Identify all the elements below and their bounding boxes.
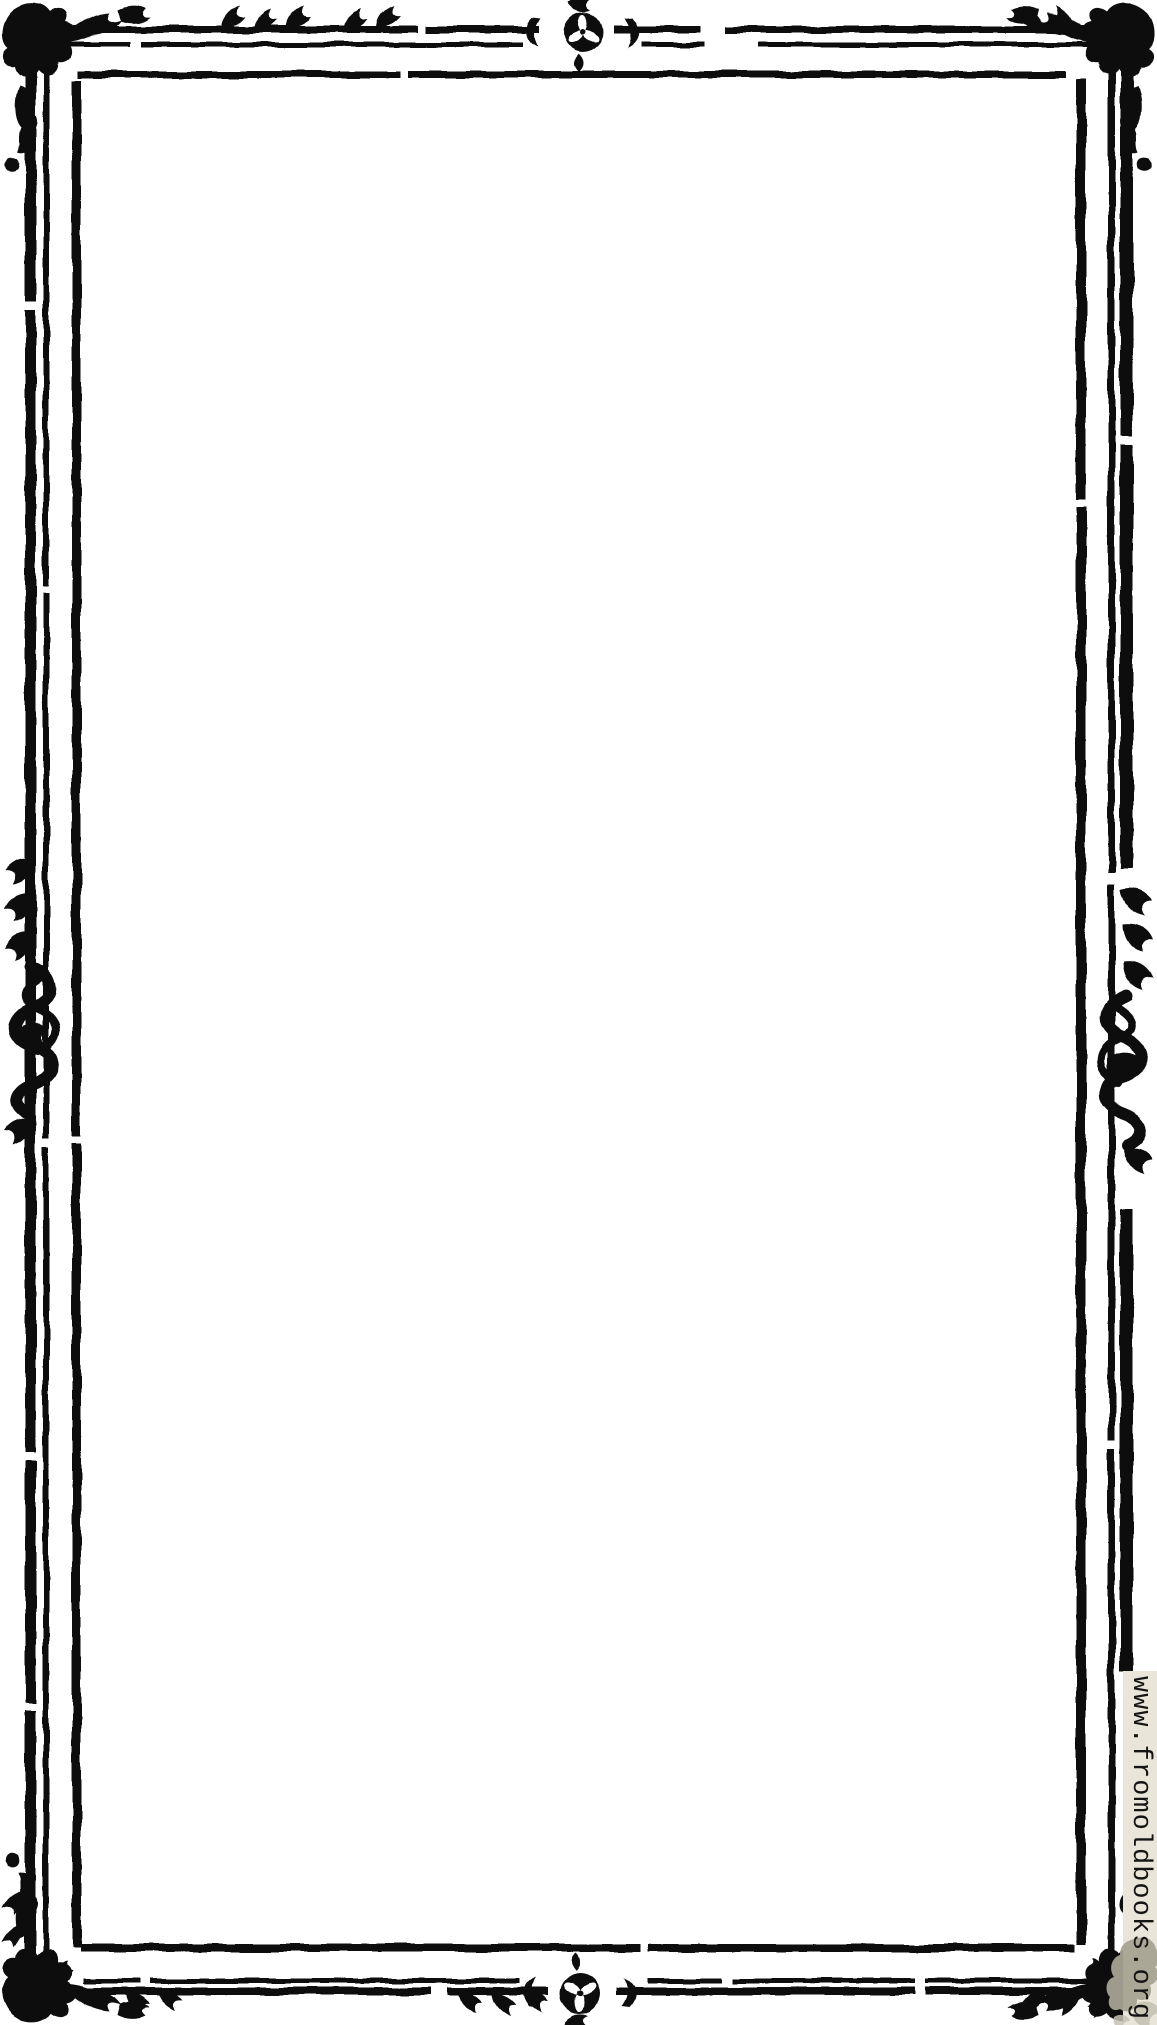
scanned-book-page: www.fromoldbooks.org — [0, 0, 1157, 2025]
leaf-sprig-icon — [458, 1992, 482, 2014]
rule-segment — [1108, 1448, 1115, 1972]
rule-segment — [141, 42, 523, 47]
rule-segment — [82, 1978, 140, 1983]
rule-segment — [150, 1978, 520, 1983]
leaf-sprig-icon — [286, 6, 310, 28]
rule-segment — [641, 42, 704, 47]
rule-segment — [25, 1460, 36, 1703]
leaf-sprig-icon — [222, 6, 246, 28]
rule-segment — [64, 42, 130, 47]
rule-segment — [43, 1146, 49, 1978]
rule-segment — [72, 80, 81, 1136]
leaf-sprig-icon — [376, 5, 400, 27]
rule-segment — [616, 1987, 915, 1995]
rule-segment — [1120, 1208, 1133, 1671]
watermark-url: www.fromoldbooks.org — [1123, 1671, 1157, 2025]
rule-segment — [72, 1143, 81, 1948]
leaf-sprig-icon — [2, 1924, 24, 1948]
ornamental-border — [0, 0, 1157, 2025]
rule-segment — [426, 26, 540, 33]
rosette-top-icon — [527, 0, 640, 72]
rule-segment — [925, 1978, 1112, 1983]
rule-segment — [648, 1978, 722, 1983]
rule-segment — [43, 62, 49, 585]
rule-segment — [1076, 80, 1086, 500]
rule-segment — [408, 71, 1066, 78]
rule-segment — [1108, 62, 1115, 872]
rule-segment — [80, 1944, 640, 1952]
rule-segment — [25, 310, 36, 1452]
watermark-strip: www.fromoldbooks.org — [1123, 1671, 1157, 2025]
rule-segment — [1108, 884, 1115, 1440]
rule-segment — [758, 42, 1112, 47]
leaf-sprig-icon — [492, 1994, 516, 2016]
rule-segment — [648, 1944, 1074, 1952]
rule-segment — [734, 1978, 915, 1983]
rule-segment — [1076, 507, 1086, 1944]
rule-segment — [614, 26, 700, 33]
rule-segment — [58, 1987, 432, 1995]
rule-segment — [1120, 444, 1133, 868]
rule-segment — [78, 71, 400, 78]
